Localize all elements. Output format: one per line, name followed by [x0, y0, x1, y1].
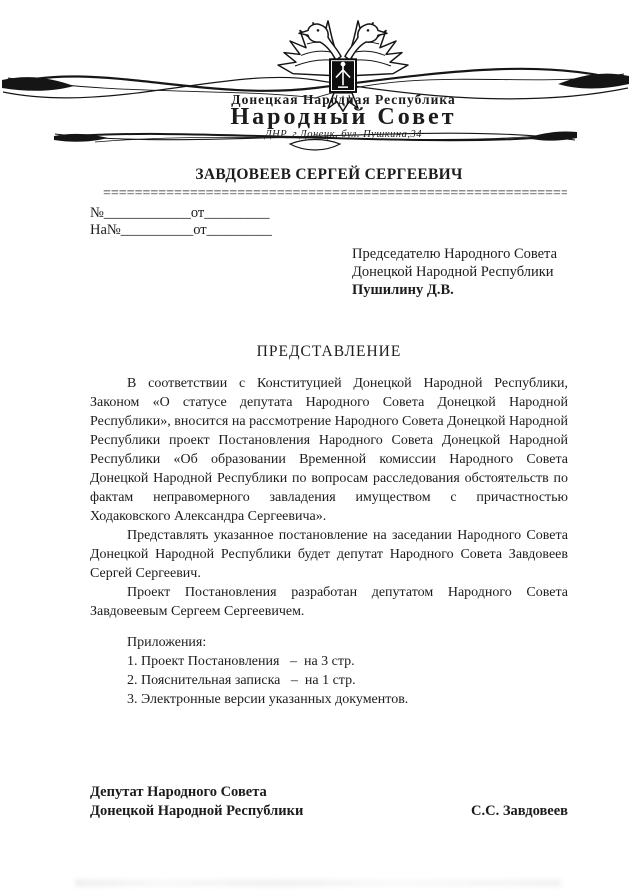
separator-line: ========================================… [103, 187, 567, 201]
body-paragraphs: В соответствии с Конституцией Донецкой Н… [90, 374, 568, 621]
addressee-name: Пушилину Д.В. [352, 281, 568, 299]
sender-name: ЗАВДОВЕЕВ СЕРГЕЙ СЕРГЕЕВИЧ [90, 166, 568, 184]
reference-reply-line: На№__________от_________ [90, 222, 568, 239]
reference-block: №____________от_________ На№__________от… [90, 205, 568, 239]
letterhead-address: ДНР, г.Донецк, бул. Пушкина,34 [56, 129, 631, 140]
letter-body: ЗАВДОВЕЕВ СЕРГЕЙ СЕРГЕЕВИЧ =============… [0, 166, 631, 821]
scan-artifact [75, 879, 561, 887]
body-paragraph-1: В соответствии с Конституцией Донецкой Н… [90, 374, 568, 526]
reference-number-line: №____________от_________ [90, 205, 568, 222]
document-title: ПРЕДСТАВЛЕНИЕ [90, 343, 568, 361]
addressee-line-2: Донецкой Народной Республики [352, 263, 568, 281]
document-page: Донецкая Народная Республика Народный Со… [0, 0, 631, 892]
attachments-heading: Приложения: [127, 633, 568, 652]
attachments-section: Приложения: 1. Проект Постановления – на… [127, 633, 568, 709]
attachment-item-1: 1. Проект Постановления – на 3 стр. [127, 652, 568, 671]
letterhead-council: Народный Совет [56, 104, 631, 131]
letterhead: Донецкая Народная Республика Народный Со… [0, 0, 631, 152]
addressee-block: Председателю Народного Совета Донецкой Н… [352, 245, 568, 299]
signature-name: С.С. Завдовеев [471, 802, 568, 821]
attachment-item-3: 3. Электронные версии указанных документ… [127, 690, 568, 709]
signature-position-line-2: Донецкой Народной Республики [90, 802, 303, 821]
body-paragraph-3: Проект Постановления разработан депутато… [90, 583, 568, 621]
signature-block: Депутат Народного Совета Донецкой Народн… [90, 783, 568, 821]
signature-position-line-1: Депутат Народного Совета [90, 783, 303, 802]
signature-position: Депутат Народного Совета Донецкой Народн… [90, 783, 303, 821]
attachment-item-2: 2. Пояснительная записка – на 1 стр. [127, 671, 568, 690]
body-paragraph-2: Представлять указанное постановление на … [90, 526, 568, 583]
addressee-line-1: Председателю Народного Совета [352, 245, 568, 263]
